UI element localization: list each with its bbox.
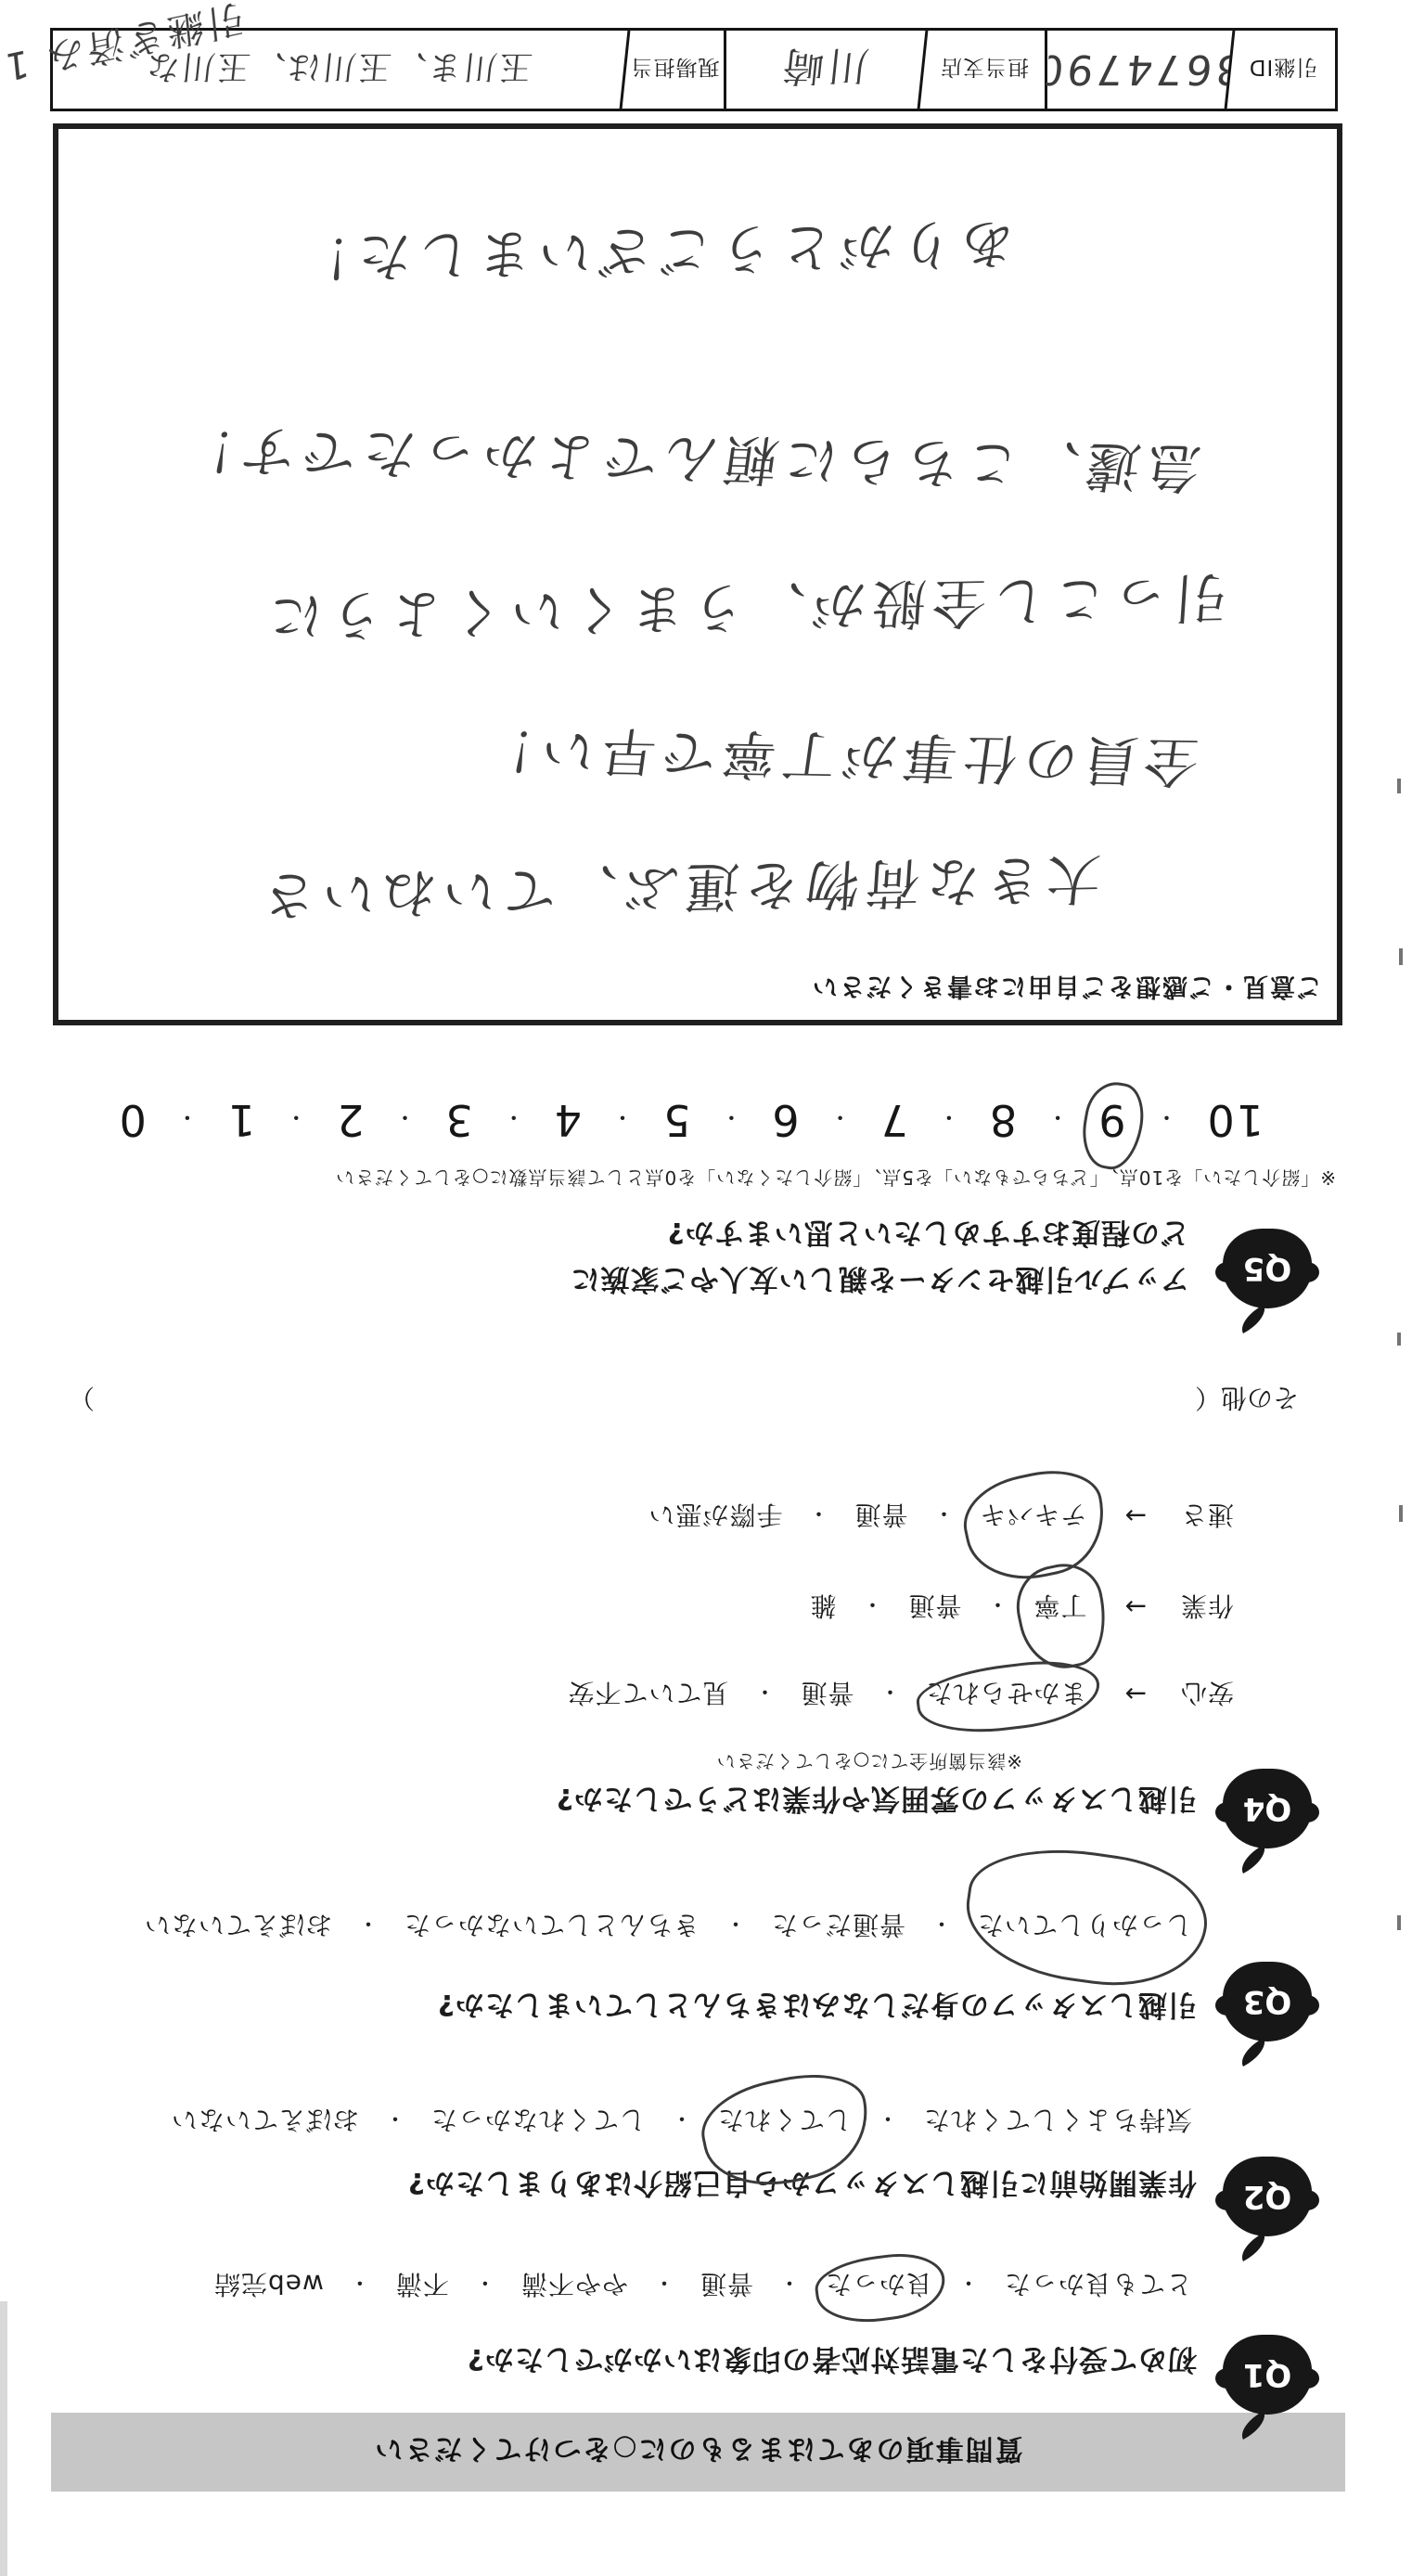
q4-option-circled: まかせられた xyxy=(926,1676,1087,1713)
scale-value: 8 xyxy=(988,1095,1017,1145)
q1-number: Q1 xyxy=(1223,2335,1312,2415)
branch-value: 川崎 xyxy=(723,31,929,109)
q4-option: 雑 xyxy=(809,1589,836,1626)
q4-row-hayasa: 速さ → テキパキ ・ 普通 ・ 手際が悪い xyxy=(648,1498,1234,1535)
q1-option: やや不満 xyxy=(520,2267,628,2304)
scan-artifact xyxy=(1399,948,1403,965)
q3-option: きちんとしていなかった xyxy=(404,1908,700,1945)
q5-note: ※「紹介したい」を10点、「どちらでもない」を5点、「紹介したくない」を0点とし… xyxy=(335,1166,1336,1192)
scale-value: 10 xyxy=(1205,1095,1264,1145)
q4-other-close-paren: ） xyxy=(69,1381,95,1418)
handwritten-comment-line: 急遽、こちらに頼んでよかったです！ xyxy=(169,415,1205,510)
q3-option-circled: しっかりしていた xyxy=(977,1908,1192,1945)
scale-value: 7 xyxy=(879,1095,908,1145)
branch-label: 担当支店 xyxy=(924,31,1047,109)
scale-value: 6 xyxy=(770,1095,799,1145)
separator-dot: ・ xyxy=(283,1104,307,1137)
q3-option: 普通だった xyxy=(771,1908,905,1945)
scale-value: 4 xyxy=(553,1095,582,1145)
arrow-right-icon: → xyxy=(1124,1592,1147,1623)
q2-title: 作業開始前に引越しスタッフから自己紹介はありましたか? xyxy=(407,2165,1197,2207)
separator-dot: ・ xyxy=(174,1104,199,1137)
q4-option-circled: 丁寧 xyxy=(1033,1589,1087,1626)
separator-dot: ・ xyxy=(670,2106,693,2138)
q1-option: とても良かった xyxy=(1004,2267,1192,2304)
apple-leaf-icon xyxy=(1236,2233,1271,2261)
separator-dot: ・ xyxy=(392,1104,416,1137)
scanned-survey-sheet: 質問事項のあてはまるものに○をつけてください Q1 初めて受付をした電話対応者の… xyxy=(0,0,1412,2576)
separator-dot: ・ xyxy=(806,1501,829,1533)
staff-label: 現場担当 xyxy=(626,31,726,109)
q4-row-sagyou: 作業 → 丁寧 ・ 普通 ・ 雑 xyxy=(809,1589,1234,1626)
separator-dot: ・ xyxy=(1045,1104,1069,1137)
scale-value: 5 xyxy=(661,1095,690,1145)
separator-dot: ・ xyxy=(724,1911,747,1943)
separator-dot: ・ xyxy=(718,1104,742,1137)
q2-option-circled: してくれた xyxy=(717,2103,852,2140)
comment-box: ご意見・ご感想をご自由にお書きください 大きな荷物を運ぶ、ていねいさ 全員の仕事… xyxy=(53,123,1342,1025)
q1-title: 初めて受付をした電話対応者の印象はいかがでしたか? xyxy=(467,2341,1197,2383)
separator-dot: ・ xyxy=(936,1104,960,1137)
q5-title-line2: どの程度おすすめしたいと思いますか? xyxy=(667,1215,1189,1256)
apple-leaf-icon xyxy=(1236,2038,1271,2067)
q2-option: 気持ちよくしてくれた xyxy=(923,2103,1192,2140)
q3-mascot-icon: Q3 xyxy=(1215,1960,1319,2056)
separator-dot: ・ xyxy=(1153,1104,1177,1137)
q1-options: とても良かった ・ 良かった ・ 普通 ・ やや不満 ・ 不満 ・ web完結 xyxy=(213,2267,1192,2304)
separator-dot: ・ xyxy=(473,2270,496,2302)
separator-dot: ・ xyxy=(383,2106,406,2138)
q4-row-label: 速さ xyxy=(1180,1498,1234,1535)
q5-rating-scale: 10 ・ 9 ・ 8 ・ 7 ・ 6 ・ 5 ・ 4 ・ 3 ・ 2 ・ 1 ・… xyxy=(118,1095,1264,1145)
separator-dot: ・ xyxy=(876,2106,899,2138)
apple-leaf-icon xyxy=(1236,1845,1271,1874)
separator-dot: ・ xyxy=(932,1501,956,1533)
arrow-right-icon: → xyxy=(1124,1680,1147,1710)
separator-dot: ・ xyxy=(501,1104,525,1137)
separator-dot: ・ xyxy=(652,2270,675,2302)
handwritten-comment-line: ありがとうございました！ xyxy=(288,209,1016,302)
q3-title: 引越しスタッフの身だしなみはきちんとしていましたか? xyxy=(437,1987,1197,2029)
q5-title-line1: アップル引越センターを親しい友人やご家族に xyxy=(571,1261,1189,1303)
survey-page-rotated-180: 質問事項のあてはまるものに○をつけてください Q1 初めて受付をした電話対応者の… xyxy=(0,0,1412,2576)
separator-dot: ・ xyxy=(777,2270,801,2302)
comment-box-label: ご意見・ご感想をご自由にお書きください xyxy=(811,971,1322,1007)
separator-dot: ・ xyxy=(828,1104,852,1137)
separator-dot: ・ xyxy=(930,1911,953,1943)
q4-option-circled: テキパキ xyxy=(980,1498,1087,1535)
scale-value: 1 xyxy=(226,1095,255,1145)
q2-options: 気持ちよくしてくれた ・ してくれた ・ してくれなかった ・ おぼえていない xyxy=(171,2103,1192,2140)
scan-artifact xyxy=(1397,1915,1401,1930)
q1-mascot-icon: Q1 xyxy=(1215,2333,1319,2429)
handwritten-comment-line: 引っこし全般が、うまくいくように xyxy=(260,562,1229,661)
q2-option: おぼえていない xyxy=(171,2103,359,2140)
handwritten-comment-line: 大きな荷物を運ぶ、ていねいさ xyxy=(252,844,1103,939)
q1-option: 不満 xyxy=(395,2267,449,2304)
q4-option: 普通 xyxy=(800,1676,854,1713)
q4-other-label: その他（ xyxy=(1195,1381,1299,1418)
q3-option: おぼえていない xyxy=(144,1908,332,1945)
instruction-text: 質問事項のあてはまるものに○をつけてください xyxy=(373,2432,1022,2473)
q4-note: ※該当箇所全てに○をしてください xyxy=(716,1749,1022,1776)
scan-artifact xyxy=(0,2301,7,2576)
q4-row-label: 安心 xyxy=(1180,1676,1234,1713)
handover-id-value: 3674790 xyxy=(1044,31,1236,109)
q4-row-anshin: 安心 → まかせられた ・ 普通 ・ 見ていて不安 xyxy=(567,1676,1234,1713)
q1-option: web完結 xyxy=(213,2267,324,2304)
handover-id-label: 引継ID xyxy=(1231,31,1335,109)
apple-leaf-icon xyxy=(1236,1305,1271,1333)
q4-mascot-icon: Q4 xyxy=(1215,1767,1319,1863)
separator-dot: ・ xyxy=(879,1679,902,1711)
scale-value: 0 xyxy=(118,1095,147,1145)
scan-artifact xyxy=(1399,1505,1403,1522)
separator-dot: ・ xyxy=(348,2270,371,2302)
scale-value-circled: 9 xyxy=(1097,1095,1125,1145)
q5-number: Q5 xyxy=(1223,1229,1312,1308)
separator-dot: ・ xyxy=(356,1911,379,1943)
handwritten-comment-line: 全員の仕事が丁寧で早い！ xyxy=(469,715,1203,805)
q2-mascot-icon: Q2 xyxy=(1215,2155,1319,2251)
arrow-right-icon: → xyxy=(1124,1501,1147,1532)
separator-dot: ・ xyxy=(860,1591,883,1624)
q1-option: 普通 xyxy=(700,2267,753,2304)
scale-value: 3 xyxy=(443,1095,472,1145)
q4-option: 普通 xyxy=(907,1589,961,1626)
q3-options: しっかりしていた ・ 普通だった ・ きちんとしていなかった ・ おぼえていない xyxy=(144,1908,1192,1945)
q2-option: してくれなかった xyxy=(430,2103,646,2140)
separator-dot: ・ xyxy=(956,2270,980,2302)
q4-other-row: その他（ ） xyxy=(69,1381,1299,1418)
q1-option-circled: 良かった xyxy=(825,2267,932,2304)
q5-mascot-icon: Q5 xyxy=(1215,1227,1319,1323)
q2-number: Q2 xyxy=(1223,2157,1312,2236)
q4-row-label: 作業 xyxy=(1180,1589,1234,1626)
q4-number: Q4 xyxy=(1223,1769,1312,1848)
q3-number: Q3 xyxy=(1223,1962,1312,2041)
scale-value: 2 xyxy=(335,1095,364,1145)
separator-dot: ・ xyxy=(752,1679,776,1711)
separator-dot: ・ xyxy=(986,1591,1009,1624)
q4-option: 手際が悪い xyxy=(648,1498,782,1535)
q4-option: 見ていて不安 xyxy=(567,1676,728,1713)
q4-title: 引越しスタッフの雰囲気や作業はどうでしたか? xyxy=(556,1781,1197,1823)
separator-dot: ・ xyxy=(610,1104,634,1137)
scan-artifact xyxy=(1397,779,1401,793)
scan-artifact xyxy=(1397,1333,1401,1346)
instruction-bar: 質問事項のあてはまるものに○をつけてください xyxy=(51,2413,1345,2492)
q4-option: 普通 xyxy=(854,1498,907,1535)
